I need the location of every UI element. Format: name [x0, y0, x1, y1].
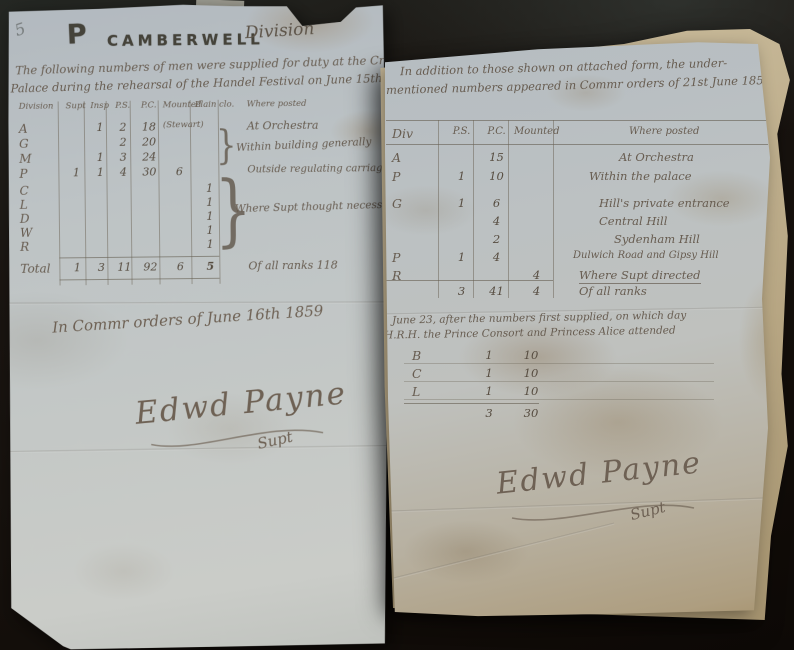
division-letter-stamp: P — [66, 19, 87, 51]
photo-of-documents: 5 P CAMBERWELL Division The following nu… — [0, 0, 794, 650]
cell — [444, 268, 479, 284]
cell-division: C — [404, 366, 468, 382]
cell: 10 — [479, 169, 514, 185]
cell — [444, 150, 479, 166]
table-row: R 1 — [15, 238, 224, 254]
cell-division — [386, 214, 444, 230]
cell: 3 — [444, 284, 479, 300]
cell-posted: Of all ranks — [559, 284, 791, 300]
cell-division: B — [404, 348, 468, 364]
cell — [514, 169, 559, 185]
col-header: Where posted — [223, 98, 387, 116]
cell-division: M — [14, 151, 63, 166]
cell: 1 — [444, 250, 479, 266]
cell: 24 — [135, 150, 163, 164]
cell — [479, 268, 514, 284]
cell: 2 — [111, 121, 135, 135]
wrinkle — [362, 523, 615, 588]
division-word-handwritten: Division — [244, 19, 315, 43]
cell — [63, 136, 89, 150]
corner-ink-mark: 5 — [12, 19, 28, 40]
cell: 1 — [468, 348, 510, 364]
cell-division: P — [386, 169, 444, 185]
total-row: 3 30 — [404, 406, 552, 422]
cell: (Stewart) — [163, 120, 195, 134]
cell: 4 — [479, 250, 514, 266]
cell: 30 — [135, 165, 163, 179]
left-document-paper: 5 P CAMBERWELL Division The following nu… — [3, 2, 394, 650]
cell: 1 — [468, 366, 510, 382]
cell: 1 — [64, 261, 90, 275]
table-row: L 1 10 — [404, 384, 552, 400]
cell: 1 — [89, 121, 111, 135]
col-header: P.S. — [444, 126, 479, 142]
cell-division — [386, 232, 444, 248]
camberwell-stamp: CAMBERWELL — [107, 30, 264, 50]
cell: 1 — [468, 384, 510, 400]
col-header: Mounted — [514, 126, 559, 142]
table-row: P 1 10 Within the palace — [386, 169, 794, 185]
table-row: G 1 6 Hill's private entrance — [386, 196, 794, 212]
cell: 41 — [479, 284, 514, 300]
cell: 5 — [196, 260, 224, 274]
cell: 1 — [444, 196, 479, 212]
cell — [63, 121, 89, 135]
cell-posted-underlined: Where Supt directed — [579, 268, 701, 284]
cell: 1 — [89, 151, 111, 165]
cell: 4 — [111, 166, 135, 180]
right-document: In addition to those shown on attached f… — [378, 34, 778, 622]
cell: 30 — [510, 406, 552, 422]
cell-division: G — [386, 196, 444, 212]
left-table: Division Supt Insp P.S. P.C. Mounted Pla… — [14, 98, 364, 290]
cell — [514, 250, 559, 266]
cell-posted: At Orchestra — [559, 150, 794, 166]
june23-note-line: H.R.H. the Prince Consort and Princess A… — [384, 324, 676, 341]
cell-division: P — [14, 166, 63, 181]
right-document-paper: In addition to those shown on attached f… — [378, 34, 778, 622]
total-label: Total — [15, 261, 64, 276]
cell: 1 — [444, 169, 479, 185]
cell-division: R — [386, 268, 444, 284]
cell-posted: Hill's private entrance — [559, 196, 794, 212]
cell — [514, 150, 559, 166]
cell-posted: Of all ranks 118 — [224, 258, 388, 274]
cell — [514, 232, 559, 248]
commissioner-order-note: In Commr orders of June 16th 1859 — [52, 302, 324, 337]
col-header: P.C. — [479, 126, 514, 142]
table-row: P 1 4 Dulwich Road and Gipsy Hill — [386, 250, 785, 266]
cell: 1 — [63, 166, 89, 180]
col-header: P.S. — [111, 101, 135, 117]
cell: 3 — [90, 261, 112, 275]
cell-division: L — [404, 384, 468, 400]
cell-division: C — [15, 183, 64, 198]
total-row: Total 1 3 11 92 6 5 Of all ranks 118 — [15, 258, 388, 276]
cell: 15 — [479, 150, 514, 166]
col-header: Insp — [89, 101, 111, 117]
right-table: Div P.S. P.C. Mounted Where posted A 15 … — [386, 112, 768, 308]
table-row: R 4 Where Supt directed — [386, 268, 791, 284]
table-row: 4 Central Hill — [386, 214, 794, 230]
cell: 18 — [135, 120, 163, 134]
table-row: C 1 10 — [404, 366, 552, 382]
cell: 10 — [510, 384, 552, 400]
col-header: Plain clo. — [195, 100, 223, 116]
cell: 4 — [514, 284, 559, 300]
cell: 10 — [510, 366, 552, 382]
right-table-header: Div P.S. P.C. Mounted Where posted — [386, 126, 794, 142]
table-row: B 1 10 — [404, 348, 552, 364]
cell-division: R — [15, 239, 64, 254]
cell: 2 — [111, 136, 135, 150]
cell: 4 — [479, 214, 514, 230]
cell: 92 — [136, 260, 164, 274]
cell-posted: Dulwich Road and Gipsy Hill — [559, 250, 785, 266]
table-row: P 1 1 4 30 6 Outside regulating carriage… — [14, 163, 387, 181]
cell — [63, 151, 89, 165]
cell: 6 — [164, 260, 196, 274]
cell — [514, 214, 559, 230]
col-header: Where posted — [559, 126, 794, 142]
cell-posted: At Orchestra — [223, 118, 387, 134]
cell — [89, 136, 111, 150]
cell-division: W — [15, 225, 64, 240]
total-row: 3 41 4 Of all ranks — [386, 284, 791, 300]
cell: 11 — [112, 261, 136, 275]
cell: 20 — [135, 135, 163, 149]
cell — [514, 196, 559, 212]
cell-division: A — [386, 150, 444, 166]
cell: 10 — [510, 348, 552, 364]
left-table-header: Division Supt Insp P.S. P.C. Mounted Pla… — [14, 98, 387, 118]
june23-sub-table: B 1 10 C 1 10 L 1 10 3 30 — [404, 348, 734, 428]
brace-glyph: } — [216, 121, 237, 169]
cell: 3 — [468, 406, 510, 422]
cell-division: A — [14, 121, 63, 136]
col-header: Supt — [63, 101, 89, 117]
cell: 1 — [89, 166, 111, 180]
cell: 3 — [111, 151, 135, 165]
fold-crease — [6, 301, 390, 304]
cell: 6 — [479, 196, 514, 212]
cell-posted: Central Hill — [559, 214, 794, 230]
col-header: P.C. — [135, 100, 163, 116]
cell-division: G — [14, 136, 63, 151]
left-document: 5 P CAMBERWELL Division The following nu… — [3, 2, 394, 650]
cell: 2 — [479, 232, 514, 248]
cell-division: D — [15, 211, 64, 226]
cell-posted: Within the palace — [559, 169, 794, 185]
cell-division: L — [15, 197, 64, 212]
cell: 6 — [163, 165, 195, 179]
col-header: Division — [14, 101, 63, 118]
cell — [163, 150, 195, 164]
cell — [163, 135, 195, 149]
table-row: A 15 At Orchestra — [386, 150, 794, 166]
signature-flourish — [147, 419, 327, 455]
col-header: Mounted — [163, 100, 195, 116]
cell: 4 — [514, 268, 559, 284]
cell-division: P — [386, 250, 444, 266]
col-header: Div — [386, 126, 444, 142]
cell — [444, 232, 479, 248]
cell — [444, 214, 479, 230]
cell-posted: Sydenham Hill — [559, 232, 794, 248]
table-row: 2 Sydenham Hill — [386, 232, 794, 248]
signature-flourish — [508, 492, 698, 528]
